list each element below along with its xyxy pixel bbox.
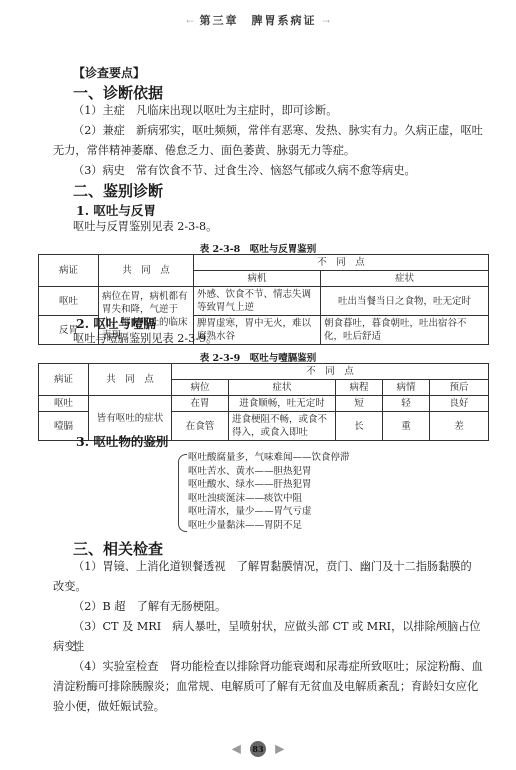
- header-severity: 病情: [383, 380, 430, 396]
- section3-item-4-cont2: 验小便，做妊娠试验。: [53, 697, 483, 717]
- header-common: 共 同 点: [89, 364, 172, 396]
- section3-item-1: （1）胃镜、上消化道钡餐透视 了解胃黏膜情况，贲门、幽门及十二指肠黏膜的: [73, 557, 483, 577]
- row-course: 短: [336, 396, 383, 412]
- row-mechanism: 外感、饮食不节、情志失调等致胃气上逆: [194, 287, 321, 316]
- section3-item-3-cont: 病变。: [53, 637, 483, 657]
- row-name: 呕吐: [39, 396, 89, 412]
- list-item: 呕吐少量黏沫——胃阴不足: [188, 519, 350, 533]
- row-severity: 轻: [383, 396, 430, 412]
- page-number: 83: [250, 741, 266, 757]
- header-symptom: 症状: [229, 380, 336, 396]
- vomitus-list: 呕吐酸腐量多，气味难闻——饮食停滞 呕吐苦水、黄水——胆热犯胃 呕吐酸水、绿水—…: [188, 451, 350, 532]
- section-bracket-title: 【诊查要点】: [73, 64, 145, 81]
- row-symptom: 进食顺畅，吐无定时: [229, 396, 336, 412]
- row-name: 呕吐: [39, 287, 99, 316]
- section3-item-2: （2）B 超 了解有无肠梗阻。: [73, 597, 483, 617]
- chapter-title: 第三章 脾胃系病证: [200, 14, 317, 27]
- section1-item-3: （3）病史 常有饮食不节、过食生冷、恼怒气郁或久病不愈等病史。: [73, 161, 483, 181]
- header-differences: 不 同 点: [194, 255, 489, 271]
- right-arrow-icon: ▶: [275, 742, 284, 756]
- header-location: 病位: [172, 380, 229, 396]
- left-ornament-icon: ⇠: [186, 17, 194, 27]
- table-vomit-vs-dysphagia: 病证 共 同 点 不 同 点 病位 症状 病程 病情 预后 呕吐 皆有呕吐的症状…: [38, 363, 489, 441]
- sub1-text: 呕吐与反胃鉴别见表 2-3-8。: [73, 217, 483, 237]
- row-symptom: 进食梗阻不畅，或食不得入，或食入即吐: [229, 412, 336, 441]
- left-arrow-icon: ◀: [232, 742, 241, 756]
- sub3-heading: 3. 呕吐物的鉴别: [76, 432, 168, 450]
- section2-heading: 二、鉴别诊断: [73, 180, 163, 201]
- row-location: 在胃: [172, 396, 229, 412]
- row-severity: 重: [383, 412, 430, 441]
- page-footer: ◀ 83 ▶: [0, 738, 516, 757]
- header-symptom: 症状: [321, 271, 489, 287]
- section3-item-4-cont: 清淀粉酶可排除胰腺炎；血常规、电解质可了解有无贫血及电解质紊乱；育龄妇女应化: [53, 677, 483, 697]
- right-ornament-icon: ⇢: [322, 17, 330, 27]
- section1-item-1: （1）主症 凡临床出现以呕吐为主症时，即可诊断。: [73, 101, 483, 121]
- header-mechanism: 病机: [194, 271, 321, 287]
- section1-item-2: （2）兼症 新病邪实，呕吐频频，常伴有恶寒、发热、脉实有力。久病正虚，呕吐: [73, 121, 483, 141]
- table-row: 呕吐 皆有呕吐的症状 在胃 进食顺畅，吐无定时 短 轻 良好: [39, 396, 489, 412]
- header-disease: 病证: [39, 255, 99, 287]
- section1-item-2-cont: 无力，常伴精神萎靡、倦怠乏力、面色萎黄、脉弱无力等症。: [53, 141, 483, 161]
- section3-heading: 三、相关检查: [73, 538, 163, 559]
- header-disease: 病证: [39, 364, 89, 396]
- list-item: 呕吐酸水、绿水——肝热犯胃: [188, 478, 350, 492]
- header-prognosis: 预后: [430, 380, 489, 396]
- list-item: 呕吐酸腐量多，气味难闻——饮食停滞: [188, 451, 350, 465]
- list-item: 呕吐苦水、黄水——胆热犯胃: [188, 465, 350, 479]
- row-location: 在食管: [172, 412, 229, 441]
- list-item: 呕吐清水，量少——胃气亏虚: [188, 505, 350, 519]
- table-row: 呕吐 病位在胃，病机都有胃失和降，气逆于上，都有呕吐的临床表现 外感、饮食不节、…: [39, 287, 489, 316]
- header-course: 病程: [336, 380, 383, 396]
- table2-caption: 表 2-3-9 呕吐与噎膈鉴别: [0, 350, 516, 364]
- row-course: 长: [336, 412, 383, 441]
- row-prognosis: 差: [430, 412, 489, 441]
- section1-heading: 一、诊断依据: [73, 82, 163, 103]
- header-common: 共 同 点: [99, 255, 194, 287]
- brace-icon: [178, 454, 187, 532]
- sub2-text: 呕吐与噎膈鉴别见表 2-3-9。: [73, 329, 483, 349]
- section3-item-1-cont: 改变。: [53, 577, 483, 597]
- row-symptom: 吐出当餐当日之食物，吐无定时: [321, 287, 489, 316]
- header-differences: 不 同 点: [172, 364, 489, 380]
- running-header: ⇠ 第三章 脾胃系病证 ⇢: [0, 12, 516, 28]
- table1-caption: 表 2-3-8 呕吐与反胃鉴别: [0, 241, 516, 255]
- row-prognosis: 良好: [430, 396, 489, 412]
- section3-item-4: （4）实验室检查 肾功能检查以排除肾功能衰竭和尿毒症所致呕吐；尿淀粉酶、血: [73, 657, 483, 677]
- list-item: 呕吐浊痰涎沫——痰饮中阻: [188, 492, 350, 506]
